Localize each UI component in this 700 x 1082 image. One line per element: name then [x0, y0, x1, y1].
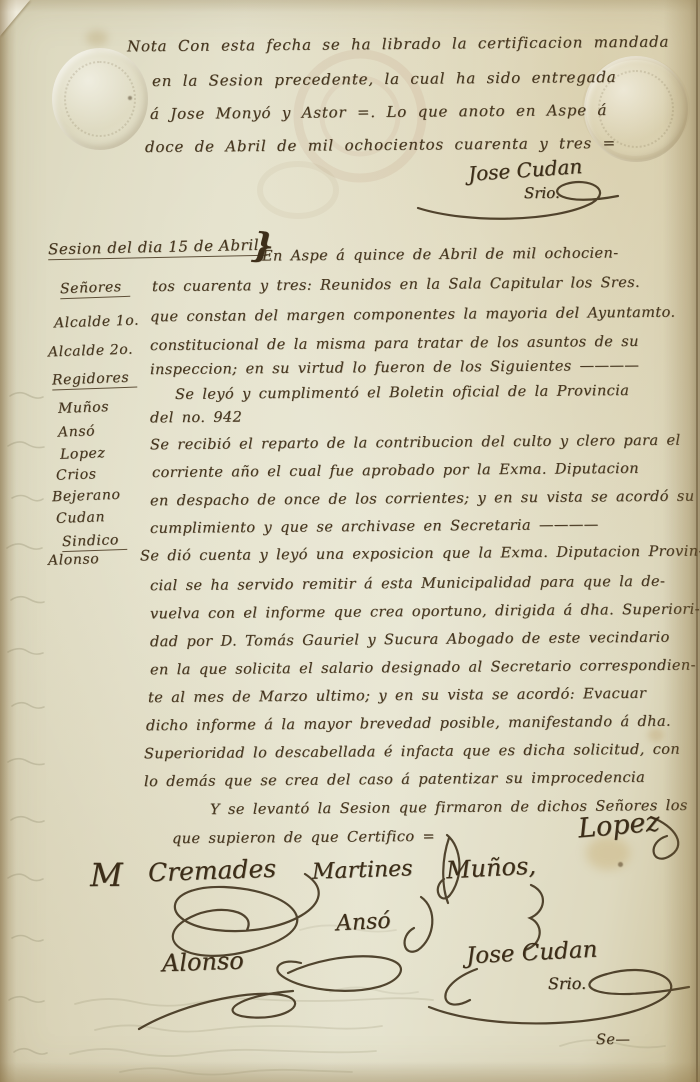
- body-line: corriente año el cual fue aprobado por l…: [152, 461, 639, 481]
- ghost-writing: [7, 393, 47, 1054]
- margin-entry-munos: Muños: [58, 399, 110, 417]
- torn-corner: [0, 0, 30, 36]
- body-line: En Aspe á quince de Abril de mil ochocie…: [262, 245, 619, 264]
- body-line: del no. 942: [150, 410, 242, 427]
- body-line: que constan del margen componentes la ma…: [150, 305, 676, 326]
- margin-entry-regidores: Regidores: [52, 370, 138, 391]
- ink-speck: [618, 862, 623, 867]
- anso-rubric: [405, 897, 433, 952]
- signature-anso: Ansó: [335, 909, 391, 937]
- closing-line: que supieron de que Certifico =: [172, 829, 435, 847]
- note-signature-flourish: [418, 182, 618, 219]
- body-line: Se leyó y cumplimentó el Boletin oficial…: [175, 383, 629, 403]
- margin-entry-sindico: Sindico: [62, 532, 128, 552]
- body-line: Superioridad lo descabellada é infacta q…: [144, 742, 680, 763]
- margin-entry-alcalde-2: Alcalde 2o.: [48, 342, 134, 361]
- note-signature-title: Srio.: [524, 184, 560, 202]
- page-edge: [0, 1062, 700, 1082]
- signature-alonso: Alonso: [162, 947, 245, 978]
- margin-entry-bejerano: Bejerano: [52, 487, 121, 505]
- cremades-rubric: [173, 874, 319, 956]
- body-line: cumplimiento y que se archivase en Secre…: [150, 517, 599, 537]
- signature-munos: Muños,: [445, 852, 536, 885]
- note-line: en la Sesion precedente, la cual ha sido…: [152, 68, 617, 90]
- margin-entry-cudan: Cudan: [56, 509, 106, 527]
- paper-stain: [648, 728, 664, 742]
- page-edge-line: [696, 0, 698, 1082]
- note-line: Nota Con esta fecha se ha librado la cer…: [127, 33, 669, 56]
- signature-jose-cudan-title: Srio.: [548, 974, 586, 993]
- signature-jose-cudan: Jose Cudan: [465, 937, 598, 970]
- paper-stain: [86, 30, 108, 46]
- margin-entry-lopez: Lopez: [60, 445, 106, 463]
- note-line: á Jose Monyó y Astor =. Lo que anoto en …: [150, 101, 607, 123]
- body-line: dad por D. Tomás Gauriel y Sucura Abogad…: [150, 630, 670, 651]
- margin-entry-anso: Ansó: [58, 423, 96, 440]
- body-line: inspeccion; en su virtud lo fueron de lo…: [150, 358, 639, 378]
- margin-entry-alcalde-1: Alcalde 1o.: [54, 313, 140, 332]
- body-line: tos cuarenta y tres: Reunidos en la Sala…: [152, 275, 640, 295]
- signature-martines: Martines: [312, 856, 413, 884]
- margin-entry-senores: Señores: [60, 279, 130, 299]
- jose-cudan-rubric: [445, 969, 477, 1005]
- signature-lopez: Lopez: [577, 806, 661, 844]
- alonso-rubric: [139, 991, 295, 1029]
- body-line: constitucional de la misma para tratar d…: [150, 334, 639, 354]
- margin-entry-alonso: Alonso: [48, 551, 100, 569]
- session-heading: Sesion del dia 15 de Abril: [48, 236, 268, 261]
- signature-m-initial: M: [90, 856, 123, 894]
- binding-edge: [0, 0, 16, 1082]
- body-line: dicho informe á la mayor brevedad posibl…: [146, 714, 671, 735]
- catchword: Se—: [596, 1032, 630, 1048]
- page-edge: [664, 0, 700, 1082]
- body-line: en la que solicita el salario designado …: [150, 658, 696, 679]
- body-line: Se dió cuenta y leyó una exposicion que …: [140, 544, 700, 565]
- signature-cremades: Cremades: [148, 854, 277, 887]
- margin-entry-crios: Crios: [56, 466, 97, 483]
- anso-rubric: [277, 956, 401, 991]
- body-line: Se recibió el reparto de la contribucion…: [150, 433, 681, 454]
- manuscript-page: Nota Con esta fecha se ha librado la cer…: [0, 0, 700, 1082]
- body-line: vuelva con el informe que crea oportuno,…: [150, 602, 700, 623]
- body-line: en despacho de once de los corrientes; y…: [150, 489, 695, 510]
- note-signature-name: Jose Cudan: [467, 154, 583, 186]
- embossed-seal-icon: [52, 48, 148, 150]
- body-line: te al mes de Marzo ultimo; y en su vista…: [148, 686, 646, 706]
- note-line: doce de Abril de mil ochocientos cuarent…: [145, 134, 616, 156]
- body-line: lo demás que se crea del caso á patentiz…: [144, 770, 645, 790]
- body-line: cial se ha servido remitir á esta Munici…: [150, 574, 665, 594]
- page-edge: [0, 0, 700, 12]
